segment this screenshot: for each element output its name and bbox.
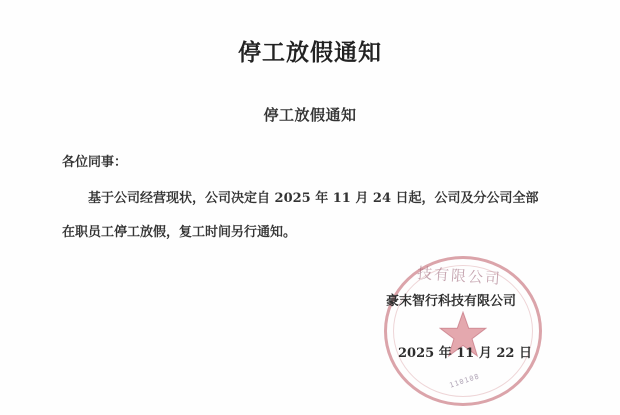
body-paragraph-line-2: 在职员工停工放假，复工时间另行通知。 <box>62 221 296 240</box>
signature-date: 2025 年 11 月 22 日 <box>398 342 532 361</box>
page-title: 停工放假通知 <box>0 34 620 67</box>
document-subtitle: 停工放假通知 <box>0 104 620 125</box>
body-paragraph-line-1: 基于公司经营现状，公司决定自 2025 年 11 月 24 日起，公司及分公司全… <box>88 187 539 206</box>
salutation: 各位同事： <box>62 151 127 170</box>
document-page: 停工放假通知 停工放假通知 各位同事： 基于公司经营现状，公司决定自 2025 … <box>0 0 620 415</box>
company-seal-stamp: 技有限公司 110108 <box>384 256 542 406</box>
signature-company-name: 豪末智行科技有限公司 <box>386 290 516 309</box>
